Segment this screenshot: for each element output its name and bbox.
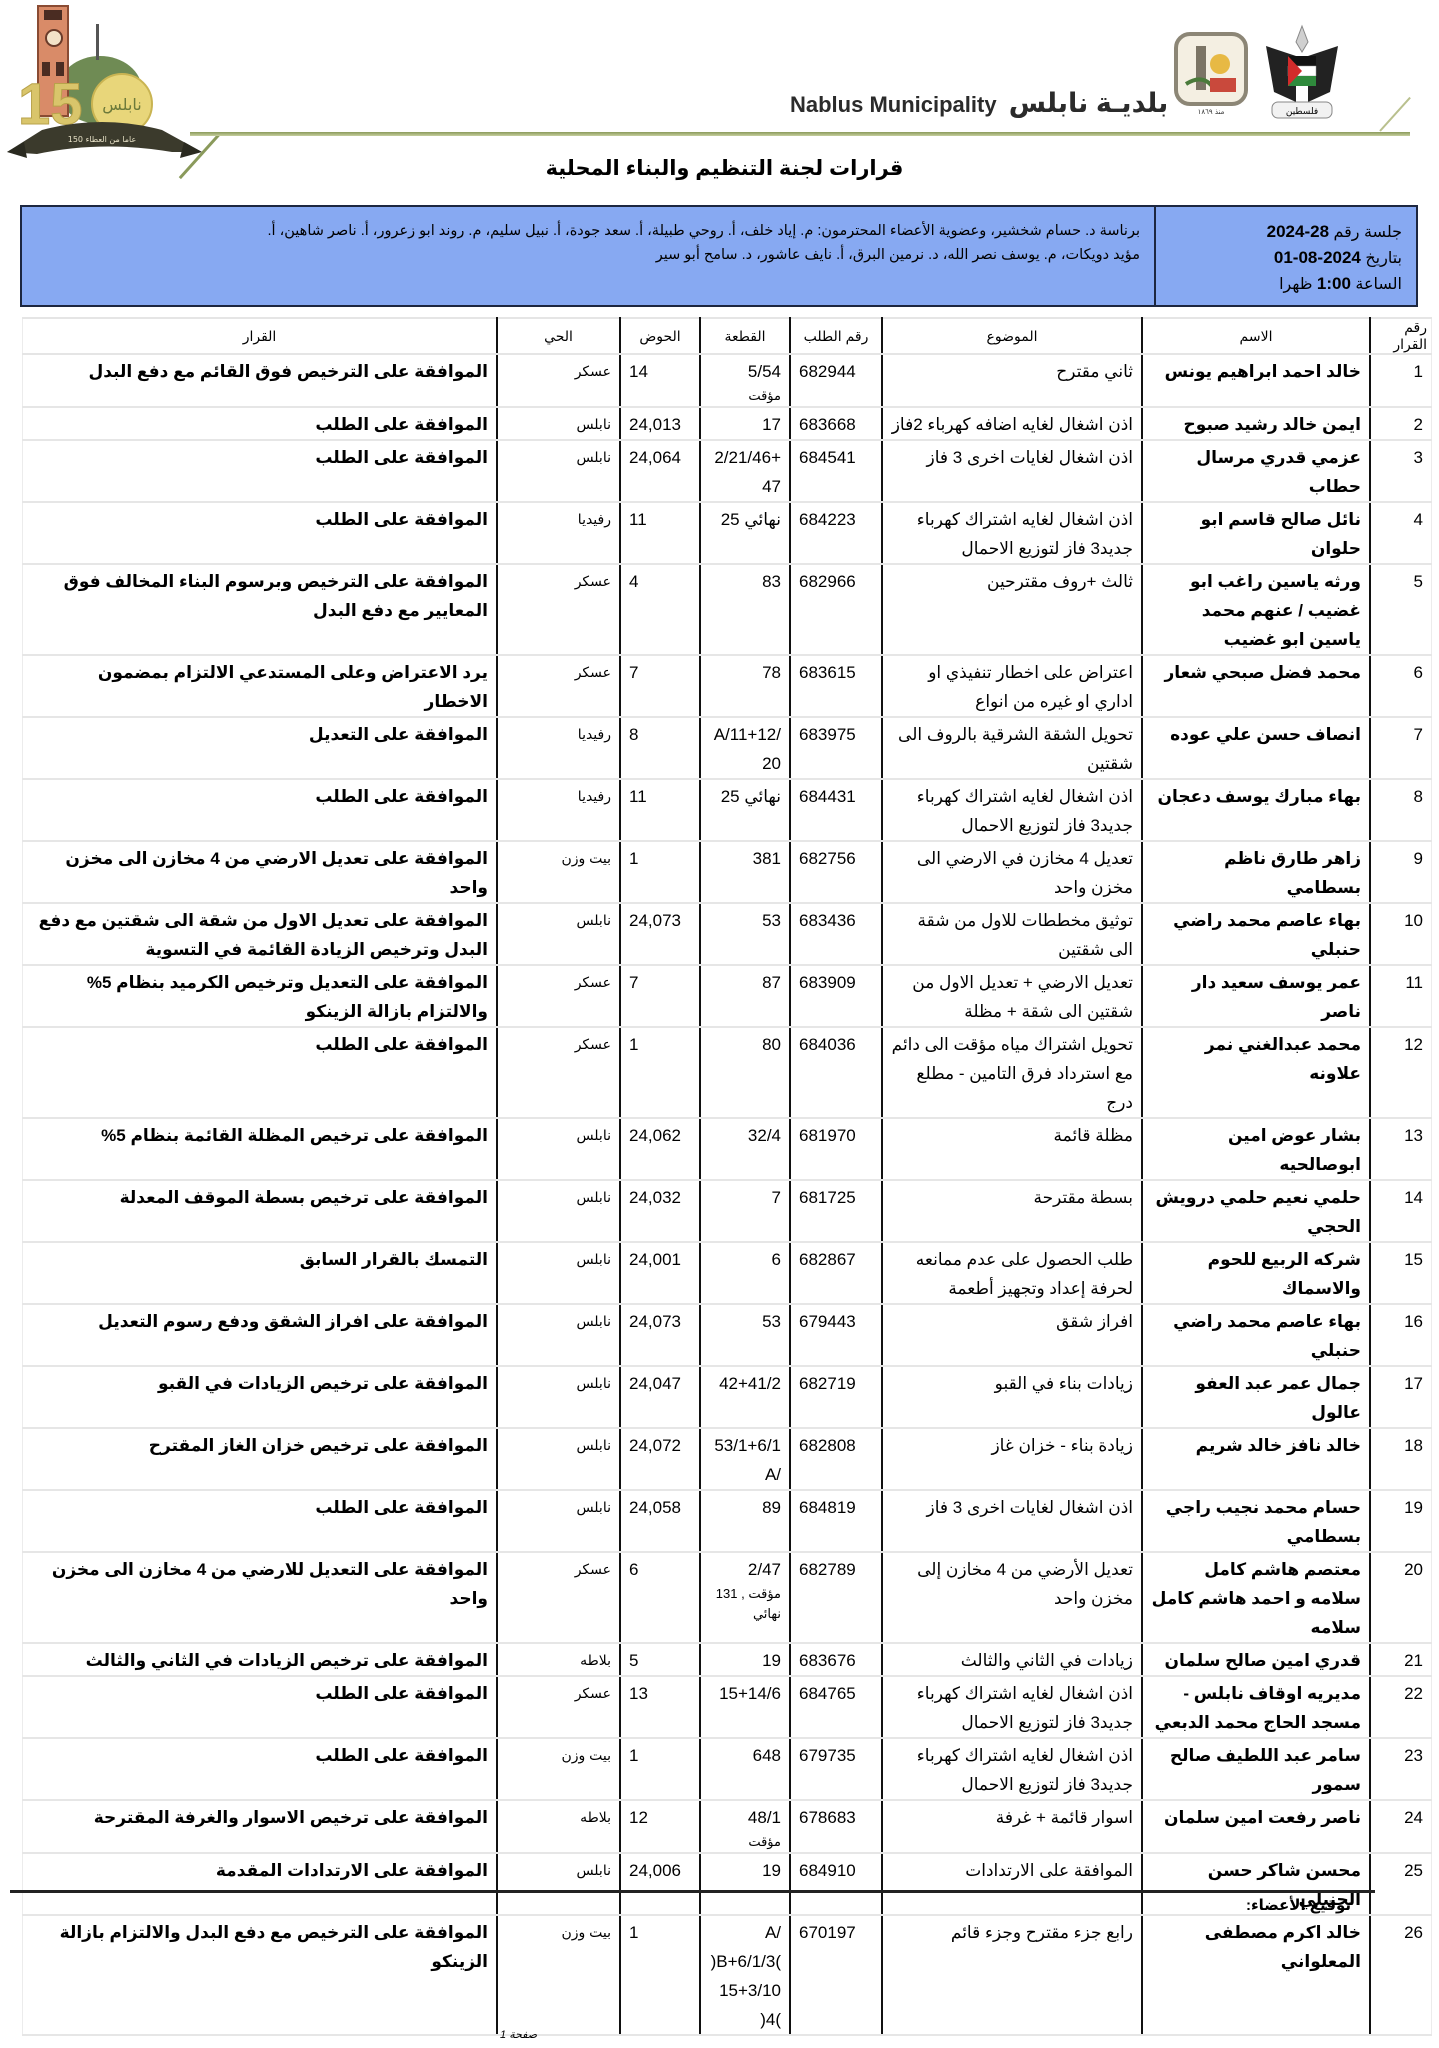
cell-decision: الموافقة على الطلب <box>23 1027 498 1118</box>
neighborhood-text: رفيديا <box>578 788 611 804</box>
basin-text: 24,006 <box>629 1861 681 1880</box>
cell-neighborhood: نابلس <box>497 440 620 502</box>
table-row: 23سامر عبد اللطيف صالح سموراذن اشغال لغا… <box>23 1738 1432 1800</box>
cell-decision-number: 3 <box>1370 440 1432 502</box>
table-row: 19حسام محمد نجيب راجي بسطامياذن اشغال لغ… <box>23 1490 1432 1552</box>
subject-text: رابع جزء مقترح وجزء قائم <box>951 1923 1133 1942</box>
decision-text: الموافقة على ترخيص الزيادات في القبو <box>158 1374 488 1393</box>
cell-applicant-name: بهاء عاصم محمد راضي حنبلي <box>1142 1304 1370 1366</box>
table-row: 14حلمي نعيم حلمي درويش الحجيبسطة مقترحة6… <box>23 1180 1432 1242</box>
decision-number-text: 13 <box>1404 1126 1423 1145</box>
col-header-decision: القرار <box>23 318 498 354</box>
cell-plot: 2/21/46+ 47 <box>700 440 790 502</box>
neighborhood-text: نابلس <box>576 416 611 432</box>
plot-text: 25 نهائي <box>721 510 781 529</box>
table-row: 16بهاء عاصم محمد راضي حنبليافراز شقق6794… <box>23 1304 1432 1366</box>
decision-text: الموافقة على الترخيص مع دفع البدل والالت… <box>60 1923 488 1971</box>
cell-subject: اذن اشغال لغايه اشتراك كهرباء جديد3 فاز … <box>882 1676 1142 1738</box>
subject-text: ثاني مقترح <box>1056 362 1133 381</box>
cell-neighborhood: بلاطه <box>497 1643 620 1676</box>
decision-number-text: 20 <box>1404 1560 1423 1579</box>
table-body: 1خالد احمد ابراهيم يونسثاني مقترح6829445… <box>23 354 1432 2035</box>
cell-plot: 2/47مؤقت , 131 نهائي <box>700 1552 790 1643</box>
cell-request-number: 682966 <box>790 564 882 655</box>
applicant-name-text: خالد اكرم مصطفى المعلواني <box>1205 1923 1361 1971</box>
neighborhood-text: بيت وزن <box>561 850 611 866</box>
basin-text: 14 <box>629 362 648 381</box>
cell-plot: 78 <box>700 655 790 717</box>
table-row: 21قدري امين صالح سلمانزيادات في الثاني و… <box>23 1643 1432 1676</box>
cell-basin: 24,072 <box>620 1428 700 1490</box>
plot-text: 80 <box>762 1035 781 1054</box>
subject-text: اذن اشغال لغايه اشتراك كهرباء جديد3 فاز … <box>917 510 1133 558</box>
decision-number-text: 24 <box>1404 1808 1423 1827</box>
cell-subject: اذن اشغال لغايه اشتراك كهرباء جديد3 فاز … <box>882 779 1142 841</box>
header-decor-line <box>1379 97 1411 132</box>
table-row: 20معتصم هاشم كامل سلامه و احمد هاشم كامل… <box>23 1552 1432 1643</box>
decision-text: الموافقة على الطلب <box>315 1684 488 1703</box>
cell-plot: 19 <box>700 1853 790 1915</box>
neighborhood-text: عسكر <box>575 1561 611 1577</box>
subject-text: تعديل الأرضي من 4 مخازن إلى مخزن واحد <box>917 1560 1133 1608</box>
cell-subject: اذن اشغال لغايات اخرى 3 فاز <box>882 1490 1142 1552</box>
cell-decision: الموافقة على ترخيص بسطة الموقف المعدلة <box>23 1180 498 1242</box>
page-title: قرارات لجنة التنظيم والبناء المحلية <box>0 156 1439 181</box>
decision-number-text: 11 <box>1405 973 1423 992</box>
cell-decision-number: 25 <box>1370 1853 1432 1915</box>
cell-basin: 14 <box>620 354 700 407</box>
cell-plot: 25 نهائي <box>700 779 790 841</box>
cell-request-number: 682944 <box>790 354 882 407</box>
plot-text: 53 <box>762 911 781 930</box>
table-row: 3عزمي قدري مرسال حطاباذن اشغال لغايات اخ… <box>23 440 1432 502</box>
decision-number-text: 23 <box>1404 1746 1423 1765</box>
cell-neighborhood: نابلس <box>497 903 620 965</box>
basin-text: 1 <box>629 1923 638 1942</box>
applicant-name-text: سامر عبد اللطيف صالح سمور <box>1170 1746 1361 1794</box>
cell-applicant-name: عمر يوسف سعيد دار ناصر <box>1142 965 1370 1027</box>
neighborhood-text: عسكر <box>575 664 611 680</box>
cell-subject: اذن اشغال لغايه اشتراك كهرباء جديد3 فاز … <box>882 502 1142 564</box>
basin-text: 8 <box>629 725 638 744</box>
cell-plot: 87 <box>700 965 790 1027</box>
subject-text: بسطة مقترحة <box>1033 1188 1133 1207</box>
cell-request-number: 684431 <box>790 779 882 841</box>
col-header-plot: القطعة <box>700 318 790 354</box>
cell-decision-number: 19 <box>1370 1490 1432 1552</box>
cell-plot: 89 <box>700 1490 790 1552</box>
table-row: 22مديريه اوقاف نابلس - مسجد الحاج محمد ا… <box>23 1676 1432 1738</box>
decision-text: الموافقة على الطلب <box>315 510 488 529</box>
cell-basin: 24,064 <box>620 440 700 502</box>
basin-text: 1 <box>629 1035 638 1054</box>
cell-basin: 24,047 <box>620 1366 700 1428</box>
neighborhood-text: بلاطه <box>580 1652 611 1668</box>
session-info-box: جلسة رقم 28-2024 بتاريخ 2024-08-01 الساع… <box>20 205 1418 307</box>
cell-decision-number: 8 <box>1370 779 1432 841</box>
plot-text: 7 <box>772 1188 781 1207</box>
cell-decision-number: 16 <box>1370 1304 1432 1366</box>
cell-applicant-name: بهاء مبارك يوسف دعجان <box>1142 779 1370 841</box>
cell-decision-number: 15 <box>1370 1242 1432 1304</box>
cell-request-number: 683668 <box>790 407 882 440</box>
session-number: جلسة رقم 28-2024 <box>1156 219 1402 245</box>
table-row: 2ايمن خالد رشيد صبوحاذن اشغال لغايه اضاف… <box>23 407 1432 440</box>
request-number-text: 684765 <box>799 1684 856 1703</box>
plot-text: 5/54 <box>748 362 781 381</box>
decision-text: الموافقة على التعديل للارضي من 4 مخازن ا… <box>52 1560 488 1608</box>
cell-basin: 24,006 <box>620 1853 700 1915</box>
cell-decision: الموافقة على الطلب <box>23 502 498 564</box>
cell-subject: ثالث +روف مقترحين <box>882 564 1142 655</box>
cell-decision: الموافقة على الطلب <box>23 1738 498 1800</box>
applicant-name-text: ناصر رفعت امين سلمان <box>1164 1808 1361 1827</box>
applicant-name-text: بهاء عاصم محمد راضي حنبلي <box>1173 1312 1361 1360</box>
cell-request-number: 679735 <box>790 1738 882 1800</box>
plot-text: 381 <box>753 849 781 868</box>
decision-text: الموافقة على ترخيص الاسوار والغرفة المقت… <box>94 1808 488 1827</box>
request-number-text: 684541 <box>799 448 856 467</box>
cell-neighborhood: نابلس <box>497 1490 620 1552</box>
cell-applicant-name: معتصم هاشم كامل سلامه و احمد هاشم كامل س… <box>1142 1552 1370 1643</box>
members-line-1: برناسة د. حسام شخشير، وعضوية الأعضاء الم… <box>32 219 1140 243</box>
decision-number-text: 7 <box>1414 725 1423 744</box>
decision-text: الموافقة على الطلب <box>315 787 488 806</box>
subject-text: اعتراض على اخطار تنفيذي او اداري او غيره… <box>928 663 1133 711</box>
plot-text: 17 <box>762 415 781 434</box>
decision-number-text: 9 <box>1414 849 1423 868</box>
applicant-name-text: معتصم هاشم كامل سلامه و احمد هاشم كامل س… <box>1152 1560 1361 1637</box>
decision-number-text: 3 <box>1414 448 1423 467</box>
cell-basin: 1 <box>620 841 700 903</box>
request-number-text: 682756 <box>799 849 856 868</box>
decision-text: الموافقة على الترخيص فوق القائم مع دفع ا… <box>88 362 488 381</box>
plot-text: 32/4 <box>748 1126 781 1145</box>
cell-decision: الموافقة على الطلب <box>23 1490 498 1552</box>
applicant-name-text: محمد عبدالغني نمر علاونه <box>1205 1035 1361 1083</box>
cell-subject: طلب الحصول على عدم ممانعه لحرفة إعداد وت… <box>882 1242 1142 1304</box>
subject-text: اذن اشغال لغايات اخرى 3 فاز <box>927 1498 1133 1517</box>
cell-applicant-name: ايمن خالد رشيد صبوح <box>1142 407 1370 440</box>
basin-text: 24,064 <box>629 448 681 467</box>
members-signature-label: توقيع الأعضاء: <box>1246 1896 1351 1914</box>
table-row: 12محمد عبدالغني نمر علاونهتحويل اشتراك م… <box>23 1027 1432 1118</box>
cell-neighborhood: نابلس <box>497 1366 620 1428</box>
basin-text: 1 <box>629 1746 638 1765</box>
decisions-table: رقم القرار الاسم الموضوع رقم الطلب القطع… <box>22 317 1432 2036</box>
request-number-text: 684431 <box>799 787 856 806</box>
cell-plot: 6 <box>700 1242 790 1304</box>
cell-plot: 48/1مؤقت <box>700 1800 790 1853</box>
basin-text: 7 <box>629 973 638 992</box>
cell-neighborhood: رفيديا <box>497 779 620 841</box>
cell-basin: 12 <box>620 1800 700 1853</box>
cell-decision: الموافقة على الطلب <box>23 1676 498 1738</box>
cell-applicant-name: ناصر رفعت امين سلمان <box>1142 1800 1370 1853</box>
basin-text: 1 <box>629 849 638 868</box>
cell-basin: 13 <box>620 1676 700 1738</box>
neighborhood-text: رفيديا <box>578 726 611 742</box>
cell-applicant-name: جمال عمر عبد العفو عالول <box>1142 1366 1370 1428</box>
cell-decision-number: 4 <box>1370 502 1432 564</box>
cell-decision-number: 1 <box>1370 354 1432 407</box>
subject-text: طلب الحصول على عدم ممانعه لحرفة إعداد وت… <box>916 1250 1133 1298</box>
members-line-2: مؤيد دويكات، م. يوسف نصر الله، د. نرمين … <box>32 243 1140 267</box>
cell-applicant-name: شركه الربيع للحوم والاسماك <box>1142 1242 1370 1304</box>
applicant-name-text: حسام محمد نجيب راجي بسطامي <box>1166 1498 1361 1546</box>
request-number-text: 678683 <box>799 1808 856 1827</box>
applicant-name-text: خالد نافز خالد شريم <box>1196 1436 1361 1455</box>
request-number-text: 681970 <box>799 1126 856 1145</box>
col-header-request-number: رقم الطلب <box>790 318 882 354</box>
basin-text: 24,032 <box>629 1188 681 1207</box>
request-number-text: 679443 <box>799 1312 856 1331</box>
cell-decision-number: 11 <box>1370 965 1432 1027</box>
cell-neighborhood: بيت وزن <box>497 841 620 903</box>
decision-number-text: 15 <box>1404 1250 1423 1269</box>
request-number-text: 683676 <box>799 1651 856 1670</box>
plot-text: 42+41/2 <box>719 1374 781 1393</box>
subject-text: اذن اشغال لغايه اشتراك كهرباء جديد3 فاز … <box>917 1684 1133 1732</box>
decision-text: الموافقة على افراز الشقق ودفع رسوم التعد… <box>98 1312 488 1331</box>
cell-basin: 7 <box>620 965 700 1027</box>
applicant-name-text: محمد فضل صبحي شعار <box>1164 663 1361 682</box>
basin-text: 24,073 <box>629 911 681 930</box>
cell-applicant-name: خالد احمد ابراهيم يونس <box>1142 354 1370 407</box>
table-row: 4نائل صالح قاسم ابو حلواناذن اشغال لغايه… <box>23 502 1432 564</box>
cell-decision-number: 23 <box>1370 1738 1432 1800</box>
cell-subject: مظلة قائمة <box>882 1118 1142 1180</box>
cell-neighborhood: عسكر <box>497 354 620 407</box>
applicant-name-text: زاهر طارق ناظم بسطامي <box>1224 849 1361 897</box>
cell-plot: 19 <box>700 1643 790 1676</box>
cell-plot: 80 <box>700 1027 790 1118</box>
cell-basin: 11 <box>620 779 700 841</box>
subject-text: زيادة بناء - خزان غاز <box>991 1436 1133 1455</box>
cell-subject: تحويل اشتراك مياه مؤقت الى دائم مع استرد… <box>882 1027 1142 1118</box>
cell-plot: 53 <box>700 903 790 965</box>
request-number-text: 684910 <box>799 1861 856 1880</box>
cell-plot: 5/54مؤقت <box>700 354 790 407</box>
cell-subject: تعديل الارضي + تعديل الاول من شقتين الى … <box>882 965 1142 1027</box>
decision-text: الموافقة على الارتدادات المقدمة <box>216 1861 488 1880</box>
applicant-name-text: جمال عمر عبد العفو عالول <box>1195 1374 1361 1422</box>
cell-decision-number: 5 <box>1370 564 1432 655</box>
applicant-name-text: حلمي نعيم حلمي درويش الحجي <box>1156 1188 1362 1236</box>
cell-decision-number: 17 <box>1370 1366 1432 1428</box>
decision-number-text: 2 <box>1414 415 1423 434</box>
neighborhood-text: بيت وزن <box>561 1747 611 1763</box>
request-number-text: 684036 <box>799 1035 856 1054</box>
cell-decision: الموافقة على التعديل للارضي من 4 مخازن ا… <box>23 1552 498 1643</box>
cell-decision-number: 20 <box>1370 1552 1432 1643</box>
decision-number-text: 8 <box>1414 787 1423 806</box>
cell-basin: 7 <box>620 655 700 717</box>
cell-request-number: 682789 <box>790 1552 882 1643</box>
plot-note: مؤقت <box>709 386 781 406</box>
cell-decision: الموافقة على التعديل <box>23 717 498 779</box>
neighborhood-text: عسكر <box>575 363 611 379</box>
col-header-name: الاسم <box>1142 318 1370 354</box>
table-row: 15شركه الربيع للحوم والاسماكطلب الحصول ع… <box>23 1242 1432 1304</box>
cell-basin: 24,013 <box>620 407 700 440</box>
table-header-row: رقم القرار الاسم الموضوع رقم الطلب القطع… <box>23 318 1432 354</box>
decision-text: الموافقة على الطلب <box>315 448 488 467</box>
cell-basin: 24,073 <box>620 903 700 965</box>
decision-text: الموافقة على الطلب <box>315 1035 488 1054</box>
applicant-name-text: نائل صالح قاسم ابو حلوان <box>1201 510 1361 558</box>
plot-note: مؤقت <box>709 1832 781 1852</box>
cell-decision: الموافقة على الترخيص فوق القائم مع دفع ا… <box>23 354 498 407</box>
cell-applicant-name: بشار عوض امين ابوصالحيه <box>1142 1118 1370 1180</box>
cell-decision-number: 24 <box>1370 1800 1432 1853</box>
cell-request-number: 682756 <box>790 841 882 903</box>
decision-number-text: 6 <box>1414 663 1423 682</box>
cell-subject: زيادة بناء - خزان غاز <box>882 1428 1142 1490</box>
cell-basin: 6 <box>620 1552 700 1643</box>
cell-applicant-name: زاهر طارق ناظم بسطامي <box>1142 841 1370 903</box>
cell-neighborhood: عسكر <box>497 1552 620 1643</box>
subject-text: مظلة قائمة <box>1054 1126 1134 1145</box>
cell-subject: بسطة مقترحة <box>882 1180 1142 1242</box>
cell-decision-number: 21 <box>1370 1643 1432 1676</box>
subject-text: تحويل الشقة الشرقية بالروف الى شقتين <box>898 725 1133 773</box>
cell-basin: 8 <box>620 717 700 779</box>
neighborhood-text: نابلس <box>576 912 611 928</box>
neighborhood-text: عسكر <box>575 573 611 589</box>
cell-basin: 24,062 <box>620 1118 700 1180</box>
cell-applicant-name: قدري امين صالح سلمان <box>1142 1643 1370 1676</box>
request-number-text: 679735 <box>799 1746 856 1765</box>
cell-request-number: 684541 <box>790 440 882 502</box>
header-divider <box>190 132 1410 136</box>
plot-text: 15+14/6 <box>719 1684 781 1703</box>
subject-text: اذن اشغال لغايه اشتراك كهرباء جديد3 فاز … <box>917 1746 1133 1794</box>
plot-text: 78 <box>762 663 781 682</box>
basin-text: 7 <box>629 663 638 682</box>
cell-subject: توثيق مخططات للاول من شقة الى شقتين <box>882 903 1142 965</box>
cell-decision-number: 22 <box>1370 1676 1432 1738</box>
decision-text: الموافقة على تعديل الارضي من 4 مخازن الى… <box>65 849 488 897</box>
request-number-text: 683975 <box>799 725 856 744</box>
cell-decision: الموافقة على ترخيص المظلة القائمة بنظام … <box>23 1118 498 1180</box>
table-row: 9زاهر طارق ناظم بسطاميتعديل 4 مخازن في ا… <box>23 841 1432 903</box>
cell-neighborhood: بيت وزن <box>497 1915 620 2035</box>
table-row: 25محسن شاكر حسن الحنبليالموافقة على الار… <box>23 1853 1432 1915</box>
cell-basin: 4 <box>620 564 700 655</box>
cell-subject: رابع جزء مقترح وجزء قائم <box>882 1915 1142 2035</box>
svg-text:فلسطين: فلسطين <box>1286 107 1318 117</box>
decision-text: الموافقة على ترخيص بسطة الموقف المعدلة <box>120 1188 488 1207</box>
table-row: 6محمد فضل صبحي شعاراعتراض على اخطار تنفي… <box>23 655 1432 717</box>
cell-request-number: 678683 <box>790 1800 882 1853</box>
subject-text: زيادات في الثاني والثالث <box>961 1651 1133 1670</box>
neighborhood-text: نابلس <box>576 1313 611 1329</box>
basin-text: 6 <box>629 1560 638 1579</box>
cell-applicant-name: عزمي قدري مرسال حطاب <box>1142 440 1370 502</box>
applicant-name-text: خالد احمد ابراهيم يونس <box>1165 362 1361 381</box>
cell-decision-number: 18 <box>1370 1428 1432 1490</box>
cell-applicant-name: سامر عبد اللطيف صالح سمور <box>1142 1738 1370 1800</box>
plot-text: 53/1+6/1 A/ <box>714 1436 781 1484</box>
cell-request-number: 670197 <box>790 1915 882 2035</box>
request-number-text: 683909 <box>799 973 856 992</box>
neighborhood-text: عسكر <box>575 974 611 990</box>
table-row: 13بشار عوض امين ابوصالحيهمظلة قائمة68197… <box>23 1118 1432 1180</box>
municipality-name: Nablus Municipality بلديـة نابلس <box>790 88 1168 119</box>
col-header-basin: الحوض <box>620 318 700 354</box>
cell-request-number: 684819 <box>790 1490 882 1552</box>
decision-text: الموافقة على تعديل الاول من شقة الى شقتي… <box>39 911 488 959</box>
decision-text: الموافقة على ترخيص خزان الغاز المقترح <box>149 1436 488 1455</box>
decision-number-text: 21 <box>1404 1651 1423 1670</box>
table-row: 7انصاف حسن علي عودهتحويل الشقة الشرقية ب… <box>23 717 1432 779</box>
applicant-name-text: شركه الربيع للحوم والاسماك <box>1208 1250 1361 1298</box>
subject-text: اسوار قائمة + غرفة <box>996 1808 1133 1827</box>
cell-request-number: 681725 <box>790 1180 882 1242</box>
cell-neighborhood: بيت وزن <box>497 1738 620 1800</box>
cell-applicant-name: خالد اكرم مصطفى المعلواني <box>1142 1915 1370 2035</box>
cell-neighborhood: رفيديا <box>497 502 620 564</box>
cell-applicant-name: نائل صالح قاسم ابو حلوان <box>1142 502 1370 564</box>
cell-decision-number: 12 <box>1370 1027 1432 1118</box>
decision-text: التمسك بالقرار السابق <box>300 1250 488 1269</box>
subject-text: اذن اشغال لغايه اضافه كهرباء 2فاز <box>892 415 1133 434</box>
cell-decision: التمسك بالقرار السابق <box>23 1242 498 1304</box>
cell-request-number: 684223 <box>790 502 882 564</box>
cell-applicant-name: مديريه اوقاف نابلس - مسجد الحاج محمد الد… <box>1142 1676 1370 1738</box>
cell-subject: تعديل 4 مخازن في الارضي الى مخزن واحد <box>882 841 1142 903</box>
cell-basin: 5 <box>620 1643 700 1676</box>
request-number-text: 684223 <box>799 510 856 529</box>
cell-request-number: 682867 <box>790 1242 882 1304</box>
cell-neighborhood: عسكر <box>497 564 620 655</box>
cell-subject: اذن اشغال لغايه اضافه كهرباء 2فاز <box>882 407 1142 440</box>
cell-basin: 1 <box>620 1027 700 1118</box>
basin-text: 11 <box>629 510 647 529</box>
cell-basin: 24,073 <box>620 1304 700 1366</box>
cell-plot: 15+14/6 <box>700 1676 790 1738</box>
table-row: 1خالد احمد ابراهيم يونسثاني مقترح6829445… <box>23 354 1432 407</box>
table-row: 5ورثه ياسين راغب ابو غضيب / عنهم محمد يا… <box>23 564 1432 655</box>
signature-divider <box>10 1890 1375 1893</box>
cell-neighborhood: عسكر <box>497 1676 620 1738</box>
applicant-name-text: قدري امين صالح سلمان <box>1165 1651 1361 1670</box>
subject-text: الموافقة على الارتدادات <box>965 1861 1133 1880</box>
table-row: 26خالد اكرم مصطفى المعلوانيرابع جزء مقتر… <box>23 1915 1432 2035</box>
request-number-text: 683615 <box>799 663 856 682</box>
cell-plot: A/11+12/ 20 <box>700 717 790 779</box>
decision-number-text: 18 <box>1404 1436 1423 1455</box>
plot-text: 6 <box>772 1250 781 1269</box>
decision-text: الموافقة على الطلب <box>315 1746 488 1765</box>
cell-decision-number: 10 <box>1370 903 1432 965</box>
cell-plot: 25 نهائي <box>700 502 790 564</box>
decision-text: الموافقة على ترخيص الزيادات في الثاني وا… <box>86 1651 488 1670</box>
col-header-subject: الموضوع <box>882 318 1142 354</box>
applicant-name-text: مديريه اوقاف نابلس - مسجد الحاج محمد الد… <box>1155 1684 1361 1732</box>
request-number-text: 682808 <box>799 1436 856 1455</box>
cell-request-number: 682719 <box>790 1366 882 1428</box>
subject-text: افراز شقق <box>1056 1312 1133 1331</box>
basin-text: 24,013 <box>629 415 681 434</box>
col-header-decision-number: رقم القرار <box>1370 318 1432 354</box>
applicant-name-text: عزمي قدري مرسال حطاب <box>1196 448 1361 496</box>
request-number-text: 682719 <box>799 1374 856 1393</box>
applicant-name-text: ورثه ياسين راغب ابو غضيب / عنهم محمد ياس… <box>1190 572 1361 649</box>
neighborhood-text: نابلس <box>576 1437 611 1453</box>
applicant-name-text: ايمن خالد رشيد صبوح <box>1184 415 1361 434</box>
